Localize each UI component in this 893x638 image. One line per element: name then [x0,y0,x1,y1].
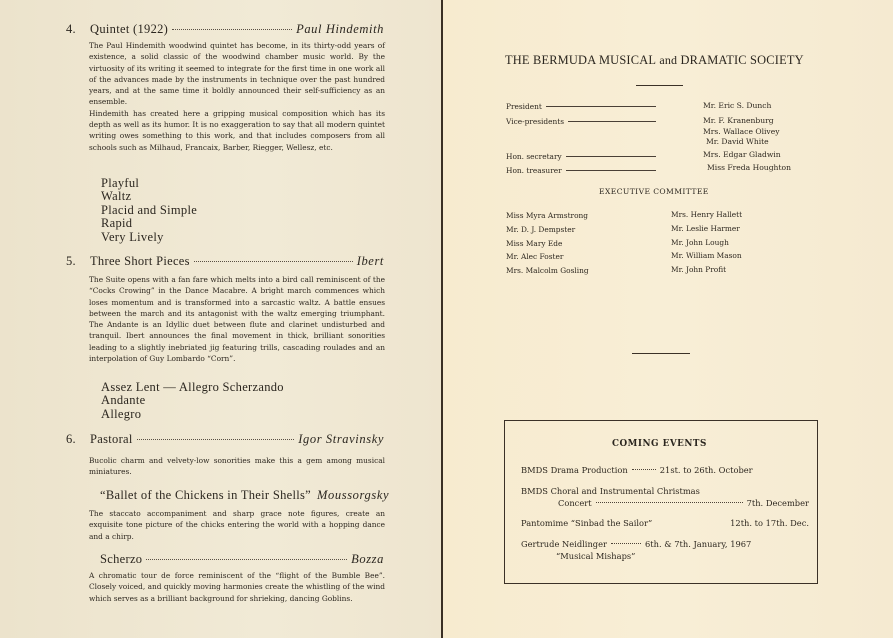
dotted-leader [137,439,295,440]
event-pantomime: Pantomime “Sinbad the Sailor” 12th. to 1… [521,518,809,528]
event-gertrude-neidlinger: Gertrude Neidlinger 6th. & 7th. January,… [521,539,809,549]
dotted-leader [146,559,347,560]
officer-name: Mr. Eric S. Dunch [703,101,771,112]
item-composer: Ibert [357,254,384,269]
item-number: 6. [66,432,90,447]
sub-item-title: “Ballet of the Chickens in Their Shells” [100,488,311,503]
executive-committee-title: EXECUTIVE COMMITTEE [599,187,709,196]
sub-item-ballet-description: The staccato accompaniment and sharp gra… [89,508,385,542]
movement: Assez Lent — Allegro Scherzando [101,381,284,394]
event-christmas-concert-cont: Concert 7th. December [558,498,809,508]
executive-committee-left-column: Miss Myra Armstrong Mr. D. J. Dempster M… [506,209,589,278]
officer-role-vice-presidents: Vice-presidents [506,117,656,126]
officer-name: Mr. David White [706,137,780,148]
movement: Playful [101,177,197,190]
movement: Allegro [101,408,284,421]
treasurer-names: Miss Freda Houghton [707,163,791,174]
item-number: 5. [66,254,90,269]
dotted-leader [194,261,353,262]
officer-name: Mrs. Edgar Gladwin [703,150,781,161]
officer-role-secretary: Hon. secretary [506,152,656,161]
leader-line [568,121,656,122]
description-paragraph: Hindemith has created here a gripping mu… [89,108,385,153]
event-date: 7th. December [747,498,809,508]
program-item-6-description: Bucolic charm and velvety-low sonorities… [89,455,385,478]
event-name: BMDS Drama Production [521,465,628,475]
committee-member: Mrs. Henry Hallett [671,208,742,222]
dotted-leader [172,29,292,30]
officer-role-president: President [506,102,656,111]
society-title-part: and [656,53,680,67]
event-name: Gertrude Neidlinger [521,539,607,549]
event-date: 6th. & 7th. January, 1967 [645,539,751,549]
society-title: THE BERMUDA MUSICAL and DRAMATIC SOCIETY [505,53,820,68]
leader-line [566,170,656,171]
officer-role: Vice-presidents [506,117,564,126]
program-item-5-movements: Assez Lent — Allegro Scherzando Andante … [101,381,284,421]
sub-item-scherzo-heading: Scherzo Bozza [100,552,384,567]
sub-item-composer: Moussorgsky [317,488,389,503]
committee-member: Mr. William Mason [671,249,742,263]
movement: Placid and Simple [101,204,197,217]
event-christmas-concert: BMDS Choral and Instrumental Christmas [521,486,809,496]
sub-item-title: Scherzo [100,552,142,567]
movement: Rapid [101,217,197,230]
movement: Andante [101,394,284,407]
officer-role: Hon. treasurer [506,166,562,175]
program-item-5-description: The Suite opens with a fan fare which me… [89,274,385,364]
committee-member: Miss Myra Armstrong [506,209,589,223]
society-title-part: DRAMATIC SOCIETY [680,53,803,67]
item-number: 4. [66,22,90,37]
program-item-4-movements: Playful Waltz Placid and Simple Rapid Ve… [101,177,197,244]
event-drama-production: BMDS Drama Production 21st. to 26th. Oct… [521,465,809,475]
officer-role: Hon. secretary [506,152,562,161]
event-date: 12th. to 17th. Dec. [730,518,809,528]
committee-member: Mr. John Lough [671,236,742,250]
item-composer: Paul Hindemith [296,22,384,37]
item-composer: Igor Stravinsky [298,432,384,447]
committee-member: Mr. D. J. Dempster [506,223,589,237]
leader-line [546,106,656,107]
committee-member: Mr. Leslie Harmer [671,222,742,236]
description-paragraph: The Suite opens with a fan fare which me… [89,274,385,364]
dotted-leader [596,502,743,503]
officer-name: Mr. F. Kranenburg [703,116,780,127]
sub-item-composer: Bozza [351,552,384,567]
officer-name: Miss Freda Houghton [707,163,791,174]
event-name: Pantomime “Sinbad the Sailor” [521,518,652,528]
event-date: 21st. to 26th. October [660,465,753,475]
sub-item-ballet-heading: “Ballet of the Chickens in Their Shells”… [100,488,384,503]
program-item-4-heading: 4. Quintet (1922) Paul Hindemith [66,22,384,37]
society-title-part: THE BERMUDA MUSICAL [505,53,656,67]
committee-member: Mr. Alec Foster [506,250,589,264]
president-names: Mr. Eric S. Dunch [703,101,771,112]
committee-member: Mr. John Profit [671,263,742,277]
dotted-leader [632,469,656,470]
event-subtitle: “Musical Mishaps” [556,551,635,561]
description-paragraph: Bucolic charm and velvety-low sonorities… [89,455,385,478]
item-title: Three Short Pieces [90,254,190,269]
program-item-6-heading: 6. Pastoral Igor Stravinsky [66,432,384,447]
dotted-leader [611,543,641,544]
event-name-continued: Concert [558,498,592,508]
committee-member: Mrs. Malcolm Gosling [506,264,589,278]
section-divider [632,353,690,354]
event-name: BMDS Choral and Instrumental Christmas [521,486,700,496]
executive-committee-right-column: Mrs. Henry Hallett Mr. Leslie Harmer Mr.… [671,208,742,277]
sub-item-scherzo-description: A chromatic tour de force reminiscent of… [89,570,385,604]
officer-role-treasurer: Hon. treasurer [506,166,656,175]
description-paragraph: The Paul Hindemith woodwind quintet has … [89,40,385,108]
vice-president-names: Mr. F. Kranenburg Mrs. Wallace Olivey Mr… [703,116,780,148]
movement: Waltz [101,190,197,203]
title-divider [636,85,683,86]
program-item-5-heading: 5. Three Short Pieces Ibert [66,254,384,269]
leader-line [566,156,656,157]
item-title: Pastoral [90,432,133,447]
description-paragraph: The staccato accompaniment and sharp gra… [89,508,385,542]
program-item-4-description: The Paul Hindemith woodwind quintet has … [89,40,385,153]
description-paragraph: A chromatic tour de force reminiscent of… [89,570,385,604]
secretary-names: Mrs. Edgar Gladwin [703,150,781,161]
item-title: Quintet (1922) [90,22,168,37]
movement: Very Lively [101,231,197,244]
officer-role: President [506,102,542,111]
committee-member: Miss Mary Ede [506,237,589,251]
coming-events-title: COMING EVENTS [612,439,707,449]
officer-name: Mrs. Wallace Olivey [703,127,780,138]
